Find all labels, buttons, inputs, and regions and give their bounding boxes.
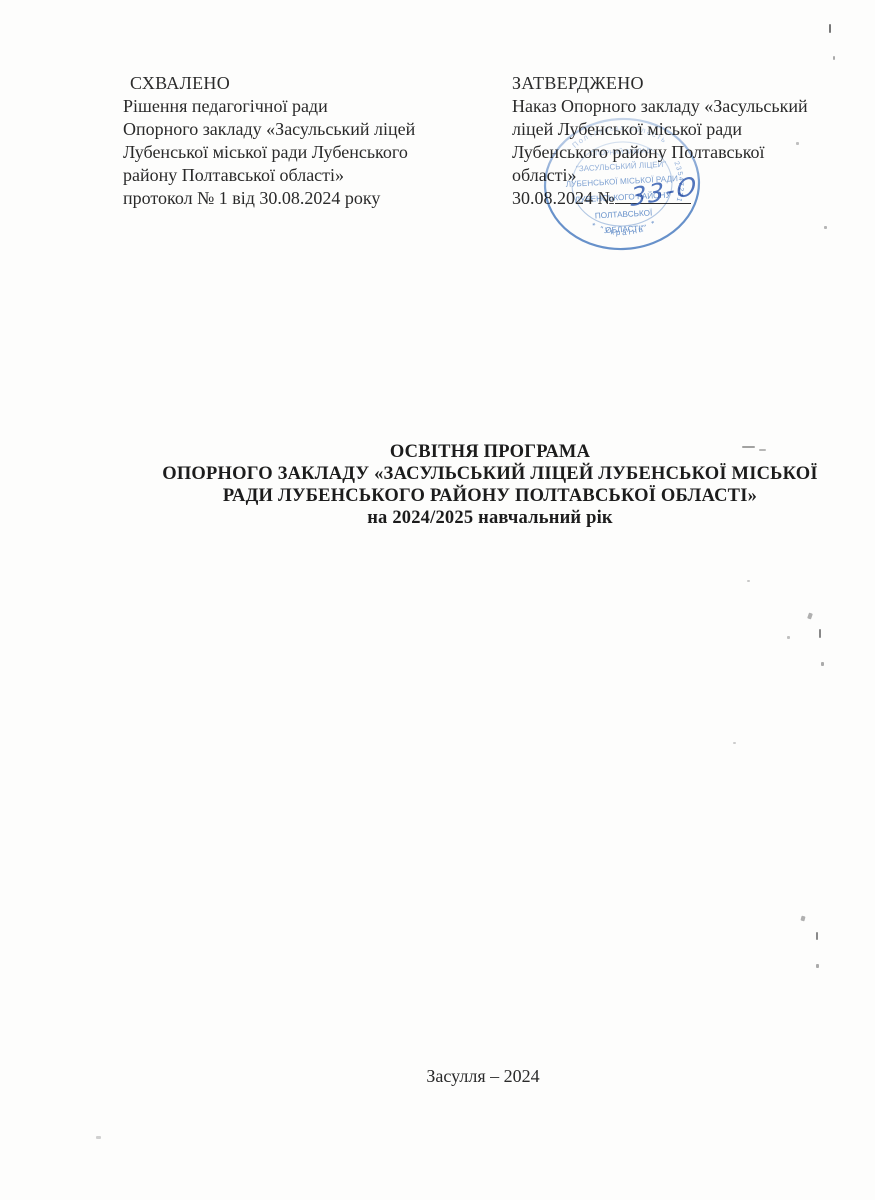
- scan-speckle: [747, 580, 750, 582]
- scan-speckle: [819, 629, 821, 638]
- scan-speckle: [833, 56, 835, 60]
- approval-heading: СХВАЛЕНО: [123, 72, 513, 95]
- stamp-line: "ЗАСУЛЬСЬКИЙ ЛІЦЕЙ": [576, 160, 667, 174]
- title-line: РАДИ ЛУБЕНСЬКОГО РАЙОНУ ПОЛТАВСЬКОЇ ОБЛА…: [103, 485, 875, 507]
- approval-line: Опорного закладу «Засульський ліцей: [123, 118, 513, 141]
- scan-speckle: [816, 932, 818, 940]
- approved-heading: ЗАТВЕРДЖЕНО: [512, 72, 822, 95]
- official-stamp: Полтавська область * "Україна" * 2354722…: [536, 110, 707, 258]
- scan-speckle: [824, 226, 827, 229]
- stamp-graphic: Полтавська область * "Україна" * 2354722…: [536, 110, 707, 258]
- scan-speckle: [800, 916, 805, 922]
- approval-line: Лубенської міської ради Лубенського: [123, 141, 513, 164]
- scan-speckle: [733, 742, 736, 744]
- approval-line: району Полтавської області»: [123, 164, 513, 187]
- footer-text: Засулля – 2024: [96, 1066, 870, 1087]
- scan-speckle: [807, 612, 813, 619]
- title-line: на 2024/2025 навчальний рік: [103, 507, 875, 529]
- stamp-line: ЛУБЕНСЬКОЇ МІСЬКОЇ РАДИ: [566, 173, 679, 189]
- scan-speckle: [96, 1136, 101, 1139]
- scan-speckle: [829, 24, 831, 33]
- stamp-line: ПОЛТАВСЬКОЇ: [595, 207, 654, 220]
- scan-speckle: [816, 964, 819, 968]
- title-line: ОСВІТНЯ ПРОГРАМА: [103, 441, 875, 463]
- stamp-line: ЛУБЕНСЬКОГО РАЙОНУ: [574, 188, 671, 204]
- scan-speckle: [787, 636, 790, 639]
- approval-line: Рішення педагогічної ради: [123, 95, 513, 118]
- document-title: ОСВІТНЯ ПРОГРАМА ОПОРНОГО ЗАКЛАДУ «ЗАСУЛ…: [103, 441, 875, 529]
- scanned-document-page: СХВАЛЕНО Рішення педагогічної ради Опорн…: [0, 0, 875, 1200]
- approval-line: протокол № 1 від 30.08.2024 року: [123, 187, 513, 210]
- title-line: ОПОРНОГО ЗАКЛАДУ «ЗАСУЛЬСЬКИЙ ЛІЦЕЙ ЛУБЕ…: [103, 463, 875, 485]
- scan-speckle: [821, 662, 824, 666]
- approval-block: СХВАЛЕНО Рішення педагогічної ради Опорн…: [123, 72, 513, 210]
